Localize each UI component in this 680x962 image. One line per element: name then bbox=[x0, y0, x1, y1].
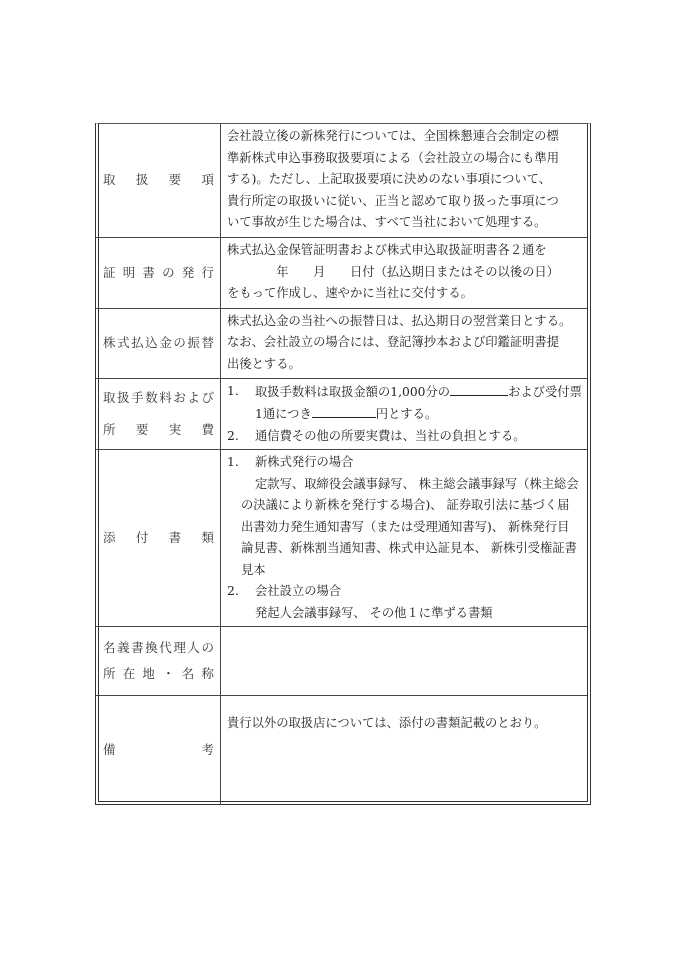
attachment-item-2-title: 2. 会社設立の場合 bbox=[227, 581, 581, 603]
label-handling-procedures: 取 扱 要 項 bbox=[95, 123, 221, 237]
label-transfer-agent: 名 義 書 換 代 理 人 の 所 在 地 ・ 名 称 bbox=[95, 627, 221, 696]
attachment-item-2-body: 発起人会議事録写、 その他１に準ずる書類 bbox=[227, 603, 581, 625]
content-payment-transfer: 株式払込金の当社への振替日は、払込期日の翌営業日とする。 なお、会社設立の場合に… bbox=[221, 308, 588, 378]
terms-table: 取 扱 要 項 会社設立後の新株発行については、全国株懇連合会制定の標 準新株式… bbox=[95, 123, 587, 804]
content-handling-procedures: 会社設立後の新株発行については、全国株懇連合会制定の標 準新株式申込事務取扱要項… bbox=[221, 123, 588, 237]
row-remarks: 備 考 貴行以外の取扱店については、添付の書類記載のとおり。 bbox=[95, 696, 587, 804]
content-remarks: 貴行以外の取扱店については、添付の書類記載のとおり。 bbox=[221, 696, 588, 804]
attachment-item-1-body: 定款写、取締役会議事録写、 株主総会議事録写（株主総会の決議により新株を発行する… bbox=[227, 474, 581, 582]
row-handling-procedures: 取 扱 要 項 会社設立後の新株発行については、全国株懇連合会制定の標 準新株式… bbox=[95, 123, 587, 237]
label-certificate-issuance: 証 明 書 の 発 行 bbox=[95, 237, 221, 308]
label-remarks: 備 考 bbox=[95, 696, 221, 804]
row-payment-transfer: 株 式 払 込 金 の 振 替 株式払込金の当社への振替日は、払込期日の翌営業日… bbox=[95, 308, 587, 378]
fee-rate-blank[interactable] bbox=[450, 381, 508, 396]
row-fees: 取 扱 手 数 料 お よ び 所 要 実 費 1. 取扱手数料は取扱金額の1,… bbox=[95, 378, 587, 450]
attachment-item-1-title: 1. 新株式発行の場合 bbox=[227, 452, 581, 474]
fee-item-2: 2. 通信費その他の所要実費は、当社の負担とする。 bbox=[227, 426, 581, 448]
content-transfer-agent[interactable] bbox=[221, 627, 588, 696]
row-certificate-issuance: 証 明 書 の 発 行 株式払込金保管証明書および株式申込取扱証明書各２通を 年… bbox=[95, 237, 587, 308]
label-fees: 取 扱 手 数 料 お よ び 所 要 実 費 bbox=[95, 378, 221, 450]
content-attachments: 1. 新株式発行の場合 定款写、取締役会議事録写、 株主総会議事録写（株主総会の… bbox=[221, 450, 588, 627]
label-payment-transfer: 株 式 払 込 金 の 振 替 bbox=[95, 308, 221, 378]
label-attachments: 添 付 書 類 bbox=[95, 450, 221, 627]
fee-per-slip-blank[interactable] bbox=[312, 403, 376, 418]
row-attachments: 添 付 書 類 1. 新株式発行の場合 定款写、取締役会議事録写、 株主総会議事… bbox=[95, 450, 587, 627]
content-certificate-issuance: 株式払込金保管証明書および株式申込取扱証明書各２通を 年 月 日付（払込期日また… bbox=[221, 237, 588, 308]
fee-item-1: 1. 取扱手数料は取扱金額の1,000分のおよび受付票 bbox=[227, 381, 581, 404]
row-transfer-agent: 名 義 書 換 代 理 人 の 所 在 地 ・ 名 称 bbox=[95, 627, 587, 696]
content-fees: 1. 取扱手数料は取扱金額の1,000分のおよび受付票 1通につき円とする。 2… bbox=[221, 378, 588, 450]
